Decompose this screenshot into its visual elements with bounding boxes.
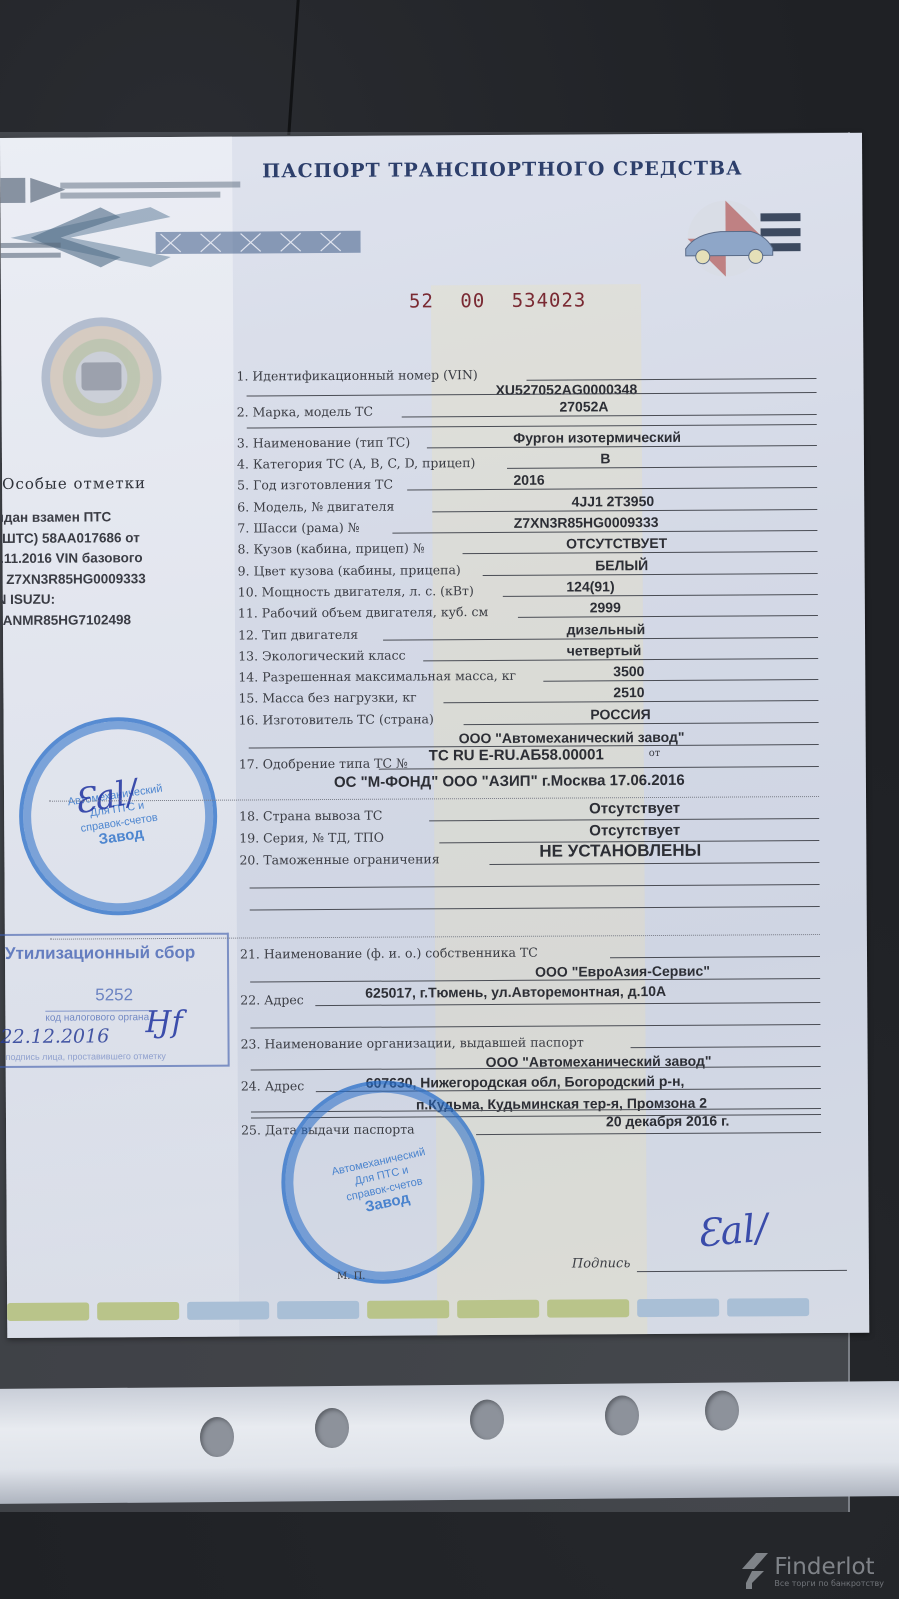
field-value: 4JJ1 2T3950 <box>572 493 655 510</box>
field-line <box>483 573 818 576</box>
customs-value: НЕ УСТАНОВЛЕНЫ <box>539 840 701 861</box>
approval-from-label: от <box>649 748 661 759</box>
field-line <box>402 414 817 418</box>
field-label: 3. Наименование (тип ТС) <box>237 434 410 450</box>
field-value: 2999 <box>590 599 621 615</box>
owner-label: 21. Наименование (ф. и. о.) собственника… <box>240 944 538 961</box>
field-label: 5. Год изготовления ТС <box>237 477 393 493</box>
ornament-segment <box>97 1302 179 1321</box>
field-line <box>432 509 817 512</box>
field-label: 11. Рабочий объем двигателя, куб. см <box>238 604 488 621</box>
header-ornament-icon <box>0 136 361 278</box>
vehicle-fields: 1. Идентификационный номер (VIN) XU52705… <box>236 361 821 1139</box>
watermark-tagline: Все торги по банкротству <box>774 1579 884 1588</box>
finderlot-watermark: Finderlot Все торги по банкротству <box>742 1553 884 1589</box>
customs-label: 19. Серия, № ТД, ТПО <box>239 829 384 845</box>
recycling-fee-box: Утилизационный сбор 5252 код налогового … <box>0 933 230 1068</box>
watermark-brand: Finderlot <box>774 1555 884 1579</box>
special-marks-text: ыдан взамен ПТС ПШТС) 58АА017686 от 8.11… <box>0 507 146 631</box>
field-label: 13. Экологический класс <box>238 647 406 663</box>
field-label: 14. Разрешенная максимальная масса, кг <box>238 668 516 685</box>
manufacturer-name: ООО "Автомеханический завод" <box>459 729 685 746</box>
issuer-signature: Ɛal/ <box>695 1205 770 1255</box>
field-value: 3500 <box>613 663 644 679</box>
ornament-segment <box>727 1298 809 1317</box>
field-line <box>464 722 819 725</box>
field-label: 10. Мощность двигателя, л. с. (кВт) <box>238 583 474 599</box>
field-label: 1. Идентификационный номер (VIN) <box>236 367 477 383</box>
tax-code: 5252 <box>95 985 133 1005</box>
ornament-band <box>7 1298 869 1325</box>
field-label: 2. Марка, модель ТС <box>237 403 373 419</box>
tax-code-label: код налогового органа <box>45 1010 149 1024</box>
recycling-fee-title: Утилизационный сбор <box>5 943 195 964</box>
owner-name: ООО "ЕвроАзия-Сервис" <box>535 962 710 979</box>
customs-value: Отсутствует <box>589 822 680 840</box>
field-line <box>407 487 817 491</box>
field-line <box>526 378 816 381</box>
ornament-segment <box>187 1301 269 1320</box>
passport-serial-number: 52 00 534023 <box>409 289 586 312</box>
field-line <box>423 658 818 661</box>
punch-hole <box>200 1417 234 1457</box>
ornament-segment <box>547 1299 629 1318</box>
field-line <box>463 551 818 554</box>
finderlot-logo-icon <box>742 1553 768 1589</box>
field-label: 4. Категория ТС (A, B, C, D, прицеп) <box>237 455 475 471</box>
field-line <box>518 615 818 618</box>
field-value: РОССИЯ <box>590 706 650 722</box>
punch-hole <box>605 1395 639 1435</box>
field-label: 6. Модель, № двигателя <box>237 498 394 514</box>
special-marks-title: Особые отметки <box>2 474 146 493</box>
serial-number: 534023 <box>512 289 587 311</box>
field-value: 2510 <box>613 685 644 701</box>
recycling-fee-signature-label: подпись лица, проставившего отметку <box>6 1051 166 1062</box>
ornament-segment <box>367 1300 449 1319</box>
ornament-segment <box>7 1302 89 1321</box>
field-line <box>543 679 818 682</box>
field-value: 27052A <box>559 398 608 414</box>
customs-label: 18. Страна вывоза ТС <box>239 807 382 823</box>
car-emblem-icon <box>680 193 801 284</box>
customs-value: Отсутствует <box>589 800 680 818</box>
serial-series: 00 <box>460 290 485 312</box>
approval-number: ТС RU E-RU.АБ58.00001 <box>429 746 604 764</box>
field-line <box>392 530 817 534</box>
field-value: B <box>600 450 610 466</box>
ornament-segment <box>637 1299 719 1318</box>
ornament-segment <box>457 1300 539 1319</box>
signature-line <box>637 1270 847 1272</box>
field-label: 16. Изготовитель ТС (страна) <box>239 711 434 727</box>
field-label: 7. Шасси (рама) № <box>237 520 359 536</box>
field-label: 9. Цвет кузова (кабины, прицепа) <box>238 562 461 578</box>
issuer-label: 23. Наименование организации, выдавшей п… <box>240 1034 583 1051</box>
hologram-emblem-icon <box>41 317 162 438</box>
field-value: 2016 <box>513 472 544 488</box>
document-title: ПАСПОРТ ТРАНСПОРТНОГО СРЕДСТВА <box>262 157 742 182</box>
ornament-segment <box>277 1301 359 1320</box>
punch-hole <box>315 1408 349 1448</box>
field-value: дизельный <box>567 621 646 637</box>
field-value: 124(91) <box>566 578 614 594</box>
seal-label: М. П. <box>337 1271 366 1282</box>
serial-region: 52 <box>409 290 434 312</box>
field-value: Фургон изотермический <box>513 429 681 446</box>
background-seam <box>287 0 299 135</box>
owner-address-row: 22. Адрес 625017, г.Тюмень, ул.Авторемон… <box>240 982 820 1010</box>
approval-issuer-row: ОС "М-ФОНД" ООО "АЗИП" г.Москва 17.06.20… <box>239 770 819 800</box>
vehicle-passport-document: ПАСПОРТ ТРАНСПОРТНОГО СРЕДСТВА 52 00 534… <box>0 133 869 1338</box>
field-line <box>443 700 818 703</box>
field-line <box>503 594 818 597</box>
approval-issuer-date: ОС "М-ФОНД" ООО "АЗИП" г.Москва 17.06.20… <box>334 772 685 791</box>
issuer-address-label: 24. Адрес <box>241 1078 305 1093</box>
punch-hole <box>705 1390 739 1430</box>
recycling-fee-date: 22.12.2016 <box>0 1025 109 1048</box>
field-value: БЕЛЫЙ <box>595 557 648 573</box>
signature-label: Подпись <box>572 1256 631 1271</box>
field-value: ОТСУТСТВУЕТ <box>566 535 667 552</box>
sleeve-binding-strip <box>0 1381 899 1504</box>
punch-hole <box>470 1400 504 1440</box>
owner-address-label: 22. Адрес <box>240 992 304 1007</box>
owner-address: 625017, г.Тюмень, ул.Авторемонтная, д.10… <box>365 983 666 1001</box>
recycling-fee-signature: Ӈf <box>145 1005 182 1040</box>
field-label: 12. Тип двигателя <box>238 626 358 642</box>
field-value: четвертый <box>567 642 642 658</box>
field-value: Z7XN3R85HG0009333 <box>514 514 659 531</box>
field-label: 8. Кузов (кабина, прицеп) № <box>237 541 424 557</box>
field-line <box>507 466 817 469</box>
customs-label: 20. Таможенные ограничения <box>239 851 439 867</box>
field-line <box>427 445 817 448</box>
field-line <box>383 637 818 641</box>
field-label: 15. Масса без нагрузки, кг <box>238 690 416 706</box>
